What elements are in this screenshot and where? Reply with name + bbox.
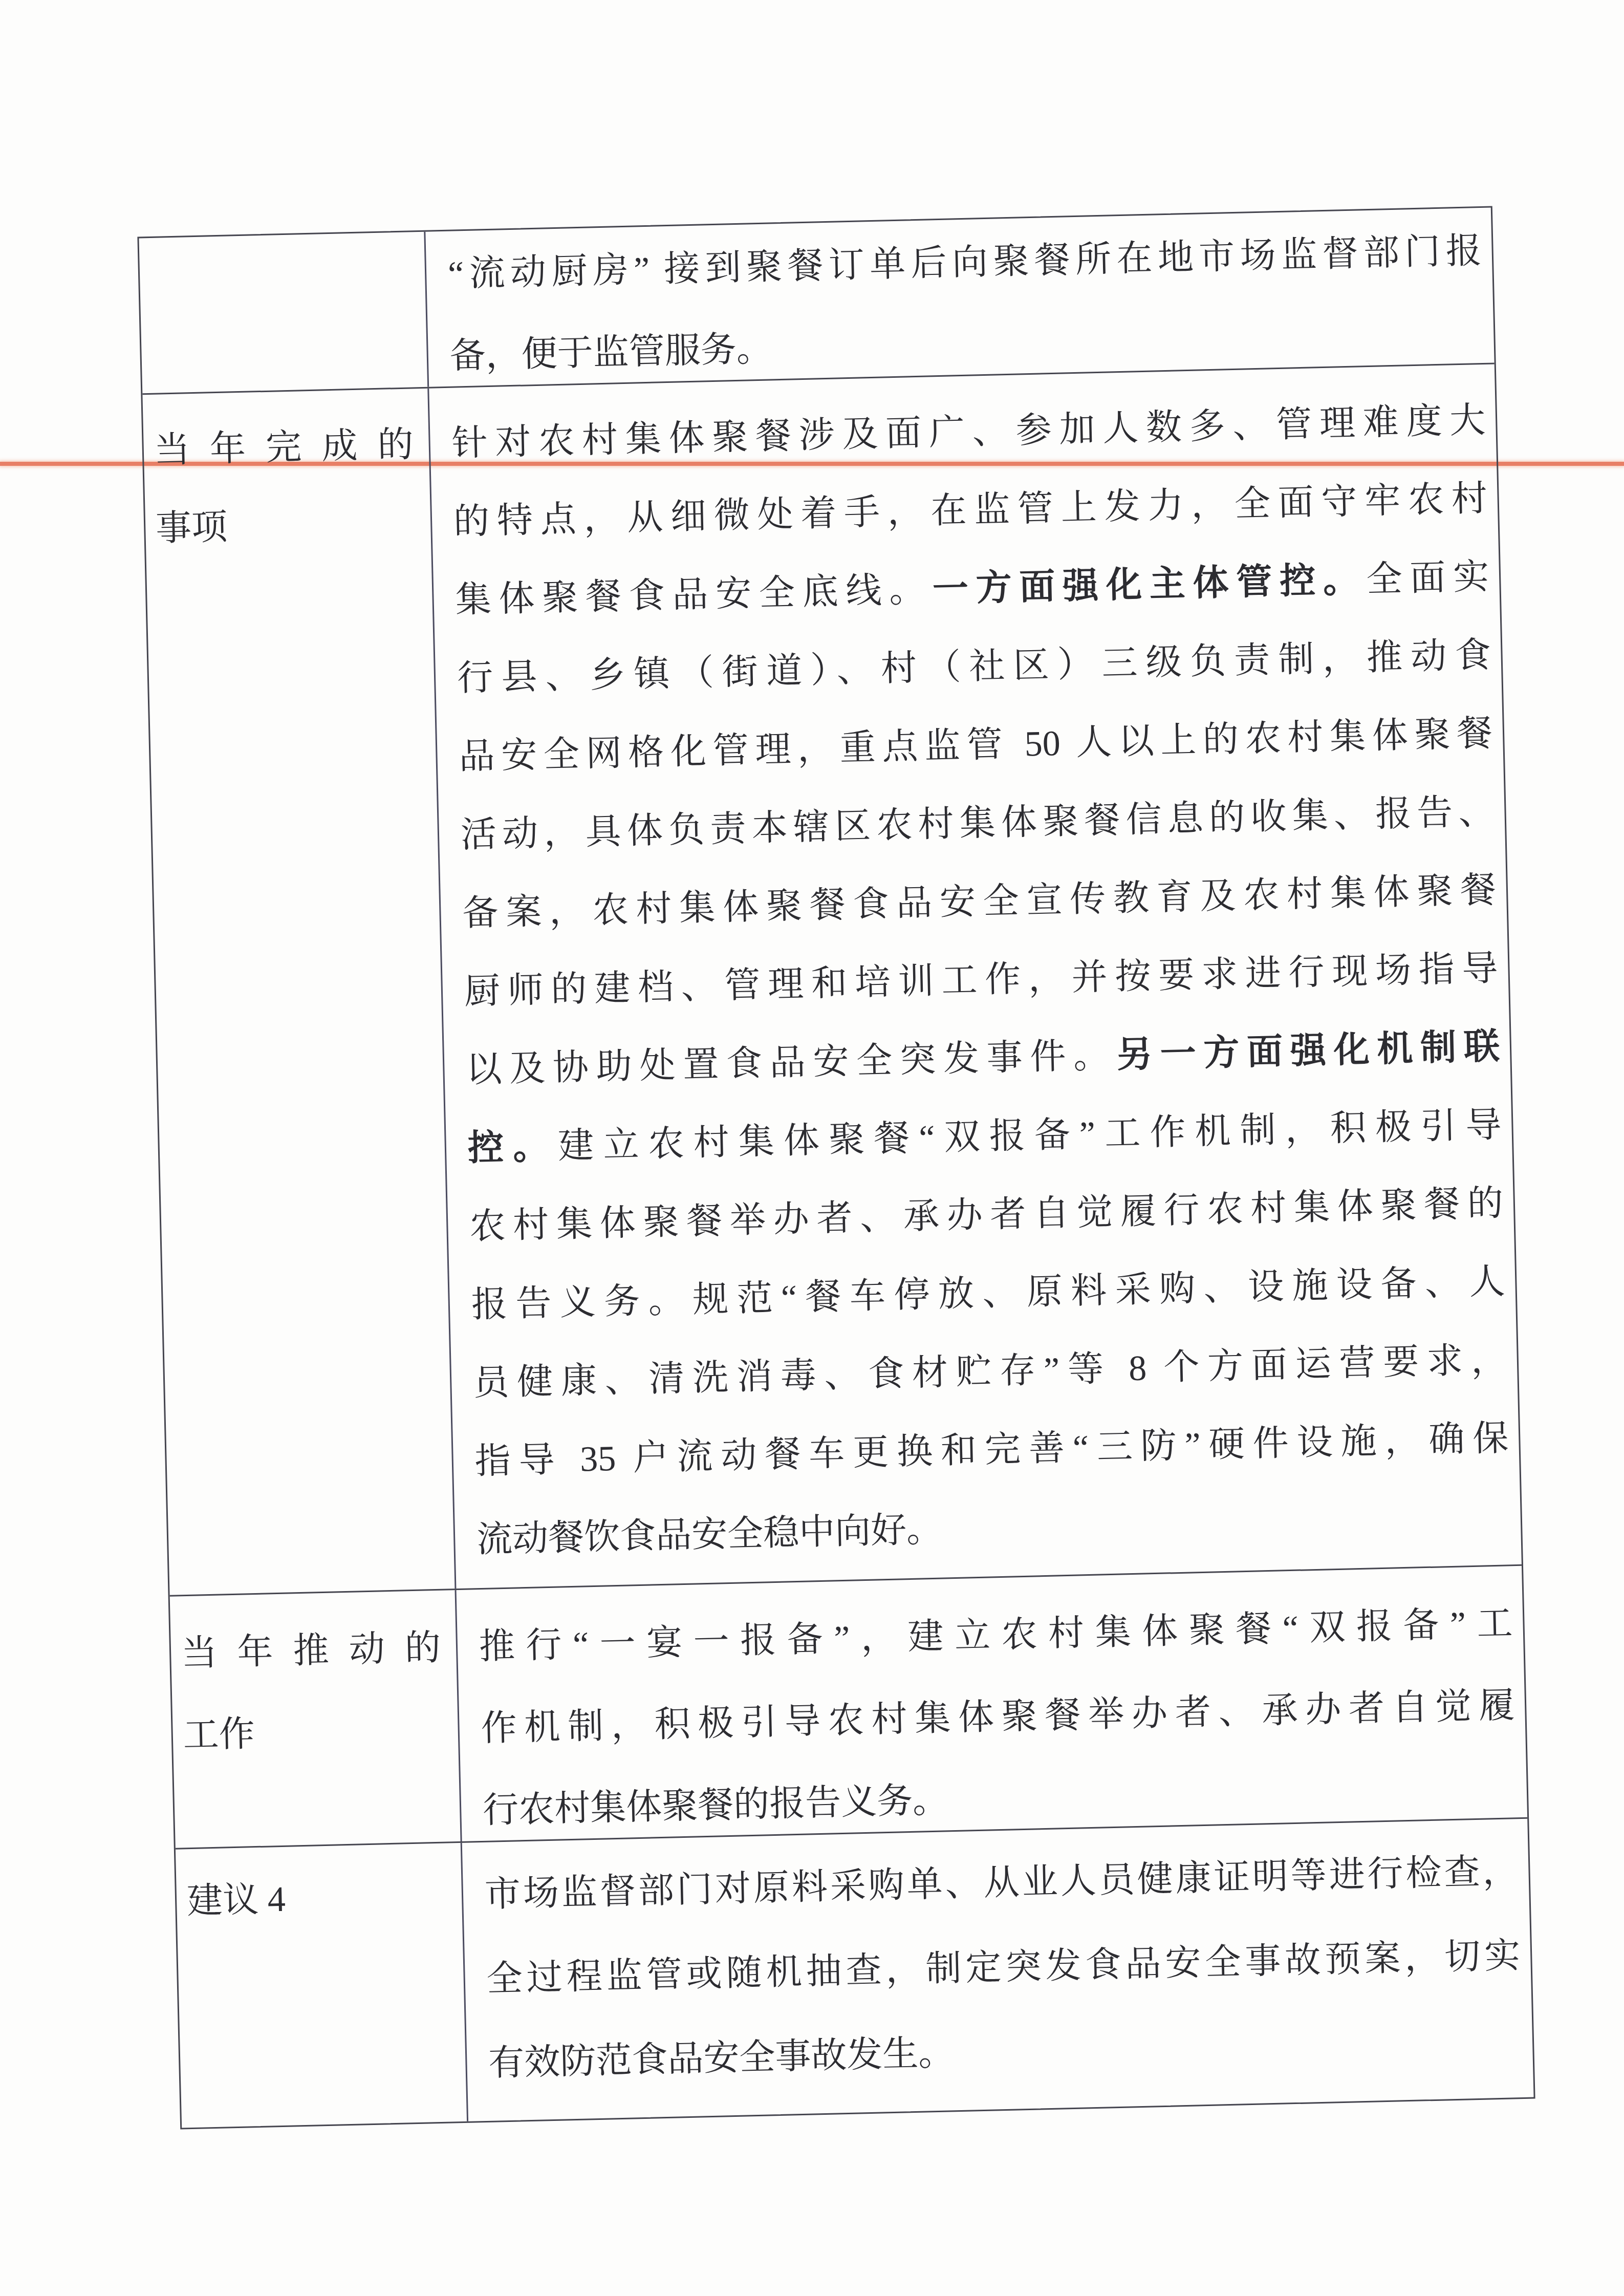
row-label-cell: 建议 4: [176, 1843, 468, 2128]
text-segment: 指导 35 户流动餐车更换和完善“三防”硬件设施，确保: [474, 1419, 1509, 1482]
table-row: 建议 4市场监督部门对原料采购单、从业人员健康证明等进行检查，全过程监管或随机抽…: [176, 1819, 1534, 2128]
row-label-cell: 当年推动的工作: [170, 1590, 462, 1848]
table: “流动厨房” 接到聚餐订单后向聚餐所在地市场监督部门报备，便于监管服务。当年完成…: [137, 206, 1535, 2129]
text-segment: 员健康、清洗消毒、食材贮存”等 8 个方面运营要求，: [473, 1340, 1507, 1403]
row-content-cell: “流动厨房” 接到聚餐订单后向聚餐所在地市场监督部门报备，便于监管服务。: [425, 208, 1494, 387]
table-row: “流动厨房” 接到聚餐订单后向聚餐所在地市场监督部门报备，便于监管服务。: [139, 208, 1494, 395]
text-segment: 品安全网格化管理，重点监管 50 人以上的农村集体聚餐: [459, 714, 1493, 777]
text-segment: 全过程监管或随机抽查，制定突发食品安全事故预案，切实: [486, 1936, 1521, 1999]
row-content-cell: 针对农村集体聚餐涉及面广、参加人数多、管理难度大的特点，从细微处着手，在监管上发…: [429, 364, 1522, 1589]
text-segment: 以及协助处置食品安全突发事件。: [466, 1036, 1117, 1090]
bold-text-segment: 控。: [467, 1127, 558, 1168]
row-content-cell: 推行“一宴一报备”，建立农村集体聚餐“双报备”工作机制，积极引导农村集体聚餐举办…: [457, 1566, 1528, 1841]
text-segment: “流动厨房” 接到聚餐订单后向聚餐所在地市场监督部门报: [447, 231, 1482, 294]
text-segment: 行农村集体聚餐的报告义务。: [482, 1780, 949, 1831]
text-segment: 全面实: [1366, 557, 1489, 599]
bold-text-segment: 另一方面强化机制联: [1116, 1027, 1500, 1076]
label-line: 工作: [182, 1689, 443, 1777]
text-segment: 行县、乡镇（街道）、村（社区）三级负责制，推动食: [457, 636, 1491, 699]
label-line: 当年推动的: [180, 1607, 441, 1695]
bold-text-segment: 一方面强化主体管控。: [932, 560, 1367, 609]
label-line: 事项: [155, 484, 416, 568]
text-segment: 的特点，从细微处着手，在监管上发力，全面守牢农村: [453, 479, 1487, 542]
label-line: 当年完成的: [153, 405, 414, 489]
document-page: “流动厨房” 接到聚餐订单后向聚餐所在地市场监督部门报备，便于监管服务。当年完成…: [0, 0, 1624, 2296]
row-label-cell: 当年完成的事项: [142, 389, 456, 1595]
text-segment: 集体聚餐食品安全底线。: [455, 570, 933, 620]
text-segment: 厨师的建档、管理和培训工作，并按要求进行现场指导: [464, 949, 1498, 1012]
label-line: 建议 4: [186, 1854, 447, 1944]
text-segment: 报告义务。规范“餐车停放、原料采购、设施设备、人: [471, 1262, 1505, 1325]
text-segment: 作机制，积极引导农村集体聚餐举办者、承办者自觉履: [481, 1686, 1515, 1749]
text-segment: 市场监督部门对原料采购单、从业人员健康证明等进行检查，: [484, 1852, 1519, 1915]
text-segment: 推行“一宴一报备”，建立农村集体聚餐“双报备”工: [479, 1604, 1513, 1667]
text-segment: 流动餐饮食品安全稳中向好。: [476, 1510, 943, 1560]
table-row: 当年完成的事项针对农村集体聚餐涉及面广、参加人数多、管理难度大的特点，从细微处着…: [142, 364, 1522, 1596]
row-label-cell: [139, 232, 429, 394]
text-segment: 备，便于监管服务。: [449, 329, 773, 376]
text-segment: 有效防范食品安全事故发生。: [488, 2033, 955, 2084]
text-segment: 建立农村集体聚餐“双报备”工作机制，积极引导: [557, 1106, 1502, 1167]
table-row: 当年推动的工作推行“一宴一报备”，建立农村集体聚餐“双报备”工作机制，积极引导农…: [170, 1566, 1528, 1850]
row-content-cell: 市场监督部门对原料采购单、从业人员健康证明等进行检查，全过程监管或随机抽查，制定…: [462, 1819, 1534, 2121]
text-segment: 农村集体聚餐举办者、承办者自觉履行农村集体聚餐的: [469, 1184, 1504, 1247]
text-segment: 针对农村集体聚餐涉及面广、参加人数多、管理难度大: [451, 401, 1486, 464]
text-segment: 备案，农村集体聚餐食品安全宣传教育及农村集体聚餐: [462, 871, 1497, 934]
text-segment: 活动，具体负责本辖区农村集体聚餐信息的收集、报告、: [460, 792, 1495, 855]
